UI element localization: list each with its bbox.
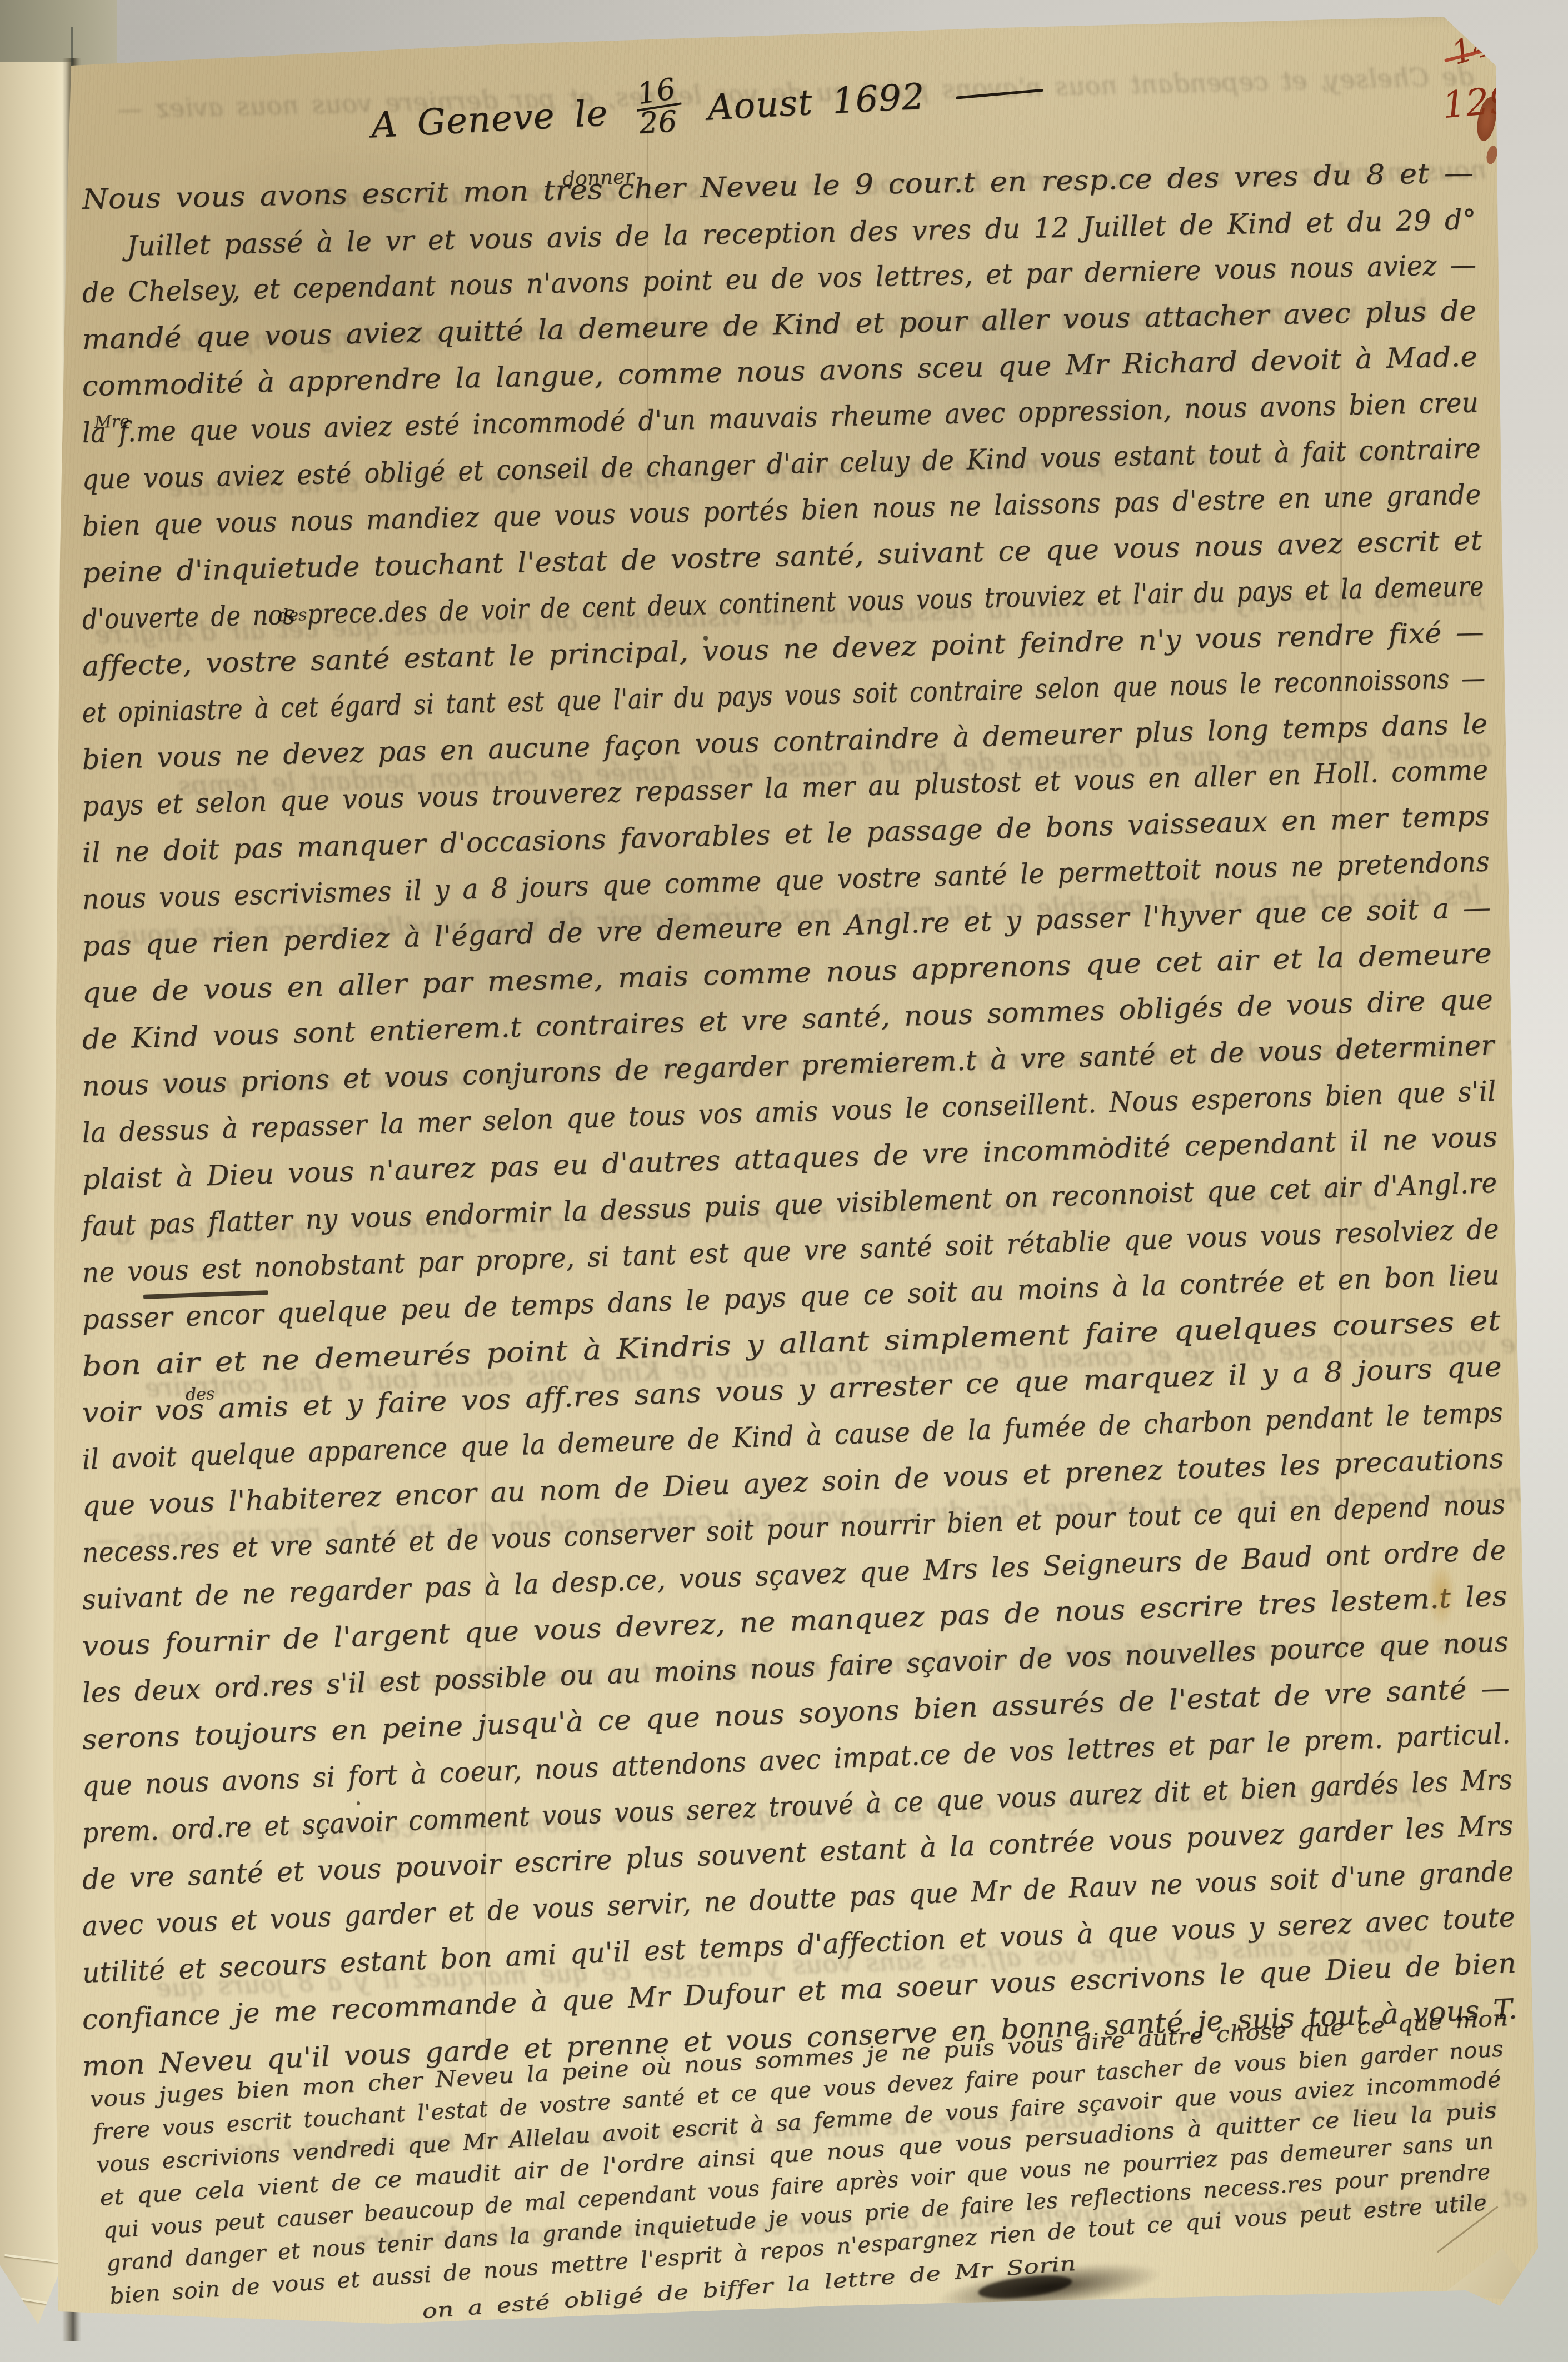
photographed-manuscript: de Chelsey, et cependant nous n'avons po… [0, 0, 1568, 2362]
letter-page: de Chelsey, et cependant nous n'avons po… [0, 0, 1568, 2362]
interlinear-word: des [277, 605, 307, 626]
amber-stain [1427, 1561, 1456, 1627]
dateline-place: A Geneve le [370, 93, 609, 146]
flourish-dash [956, 89, 1043, 99]
ink-speck [1103, 1137, 1107, 1140]
dateline: A Geneve le 16 26 Aoust 1692 [369, 58, 1045, 152]
date-day-julian: 26 [635, 107, 681, 137]
ink-speck [357, 1801, 360, 1805]
folded-corner [1432, 2236, 1546, 2309]
dateline-month-year: Aoust 1692 [706, 76, 926, 128]
foliation-number-old: 148 [1447, 19, 1517, 72]
binding-thread [71, 27, 73, 69]
interlinear-word: donner [562, 166, 635, 191]
ink-speck [703, 636, 708, 641]
interlinear-word: Mre [94, 412, 129, 432]
fore-edge-line [5, 2339, 70, 2353]
dual-date-fraction: 16 26 [633, 77, 681, 138]
interlinear-word: des [185, 1384, 215, 1405]
